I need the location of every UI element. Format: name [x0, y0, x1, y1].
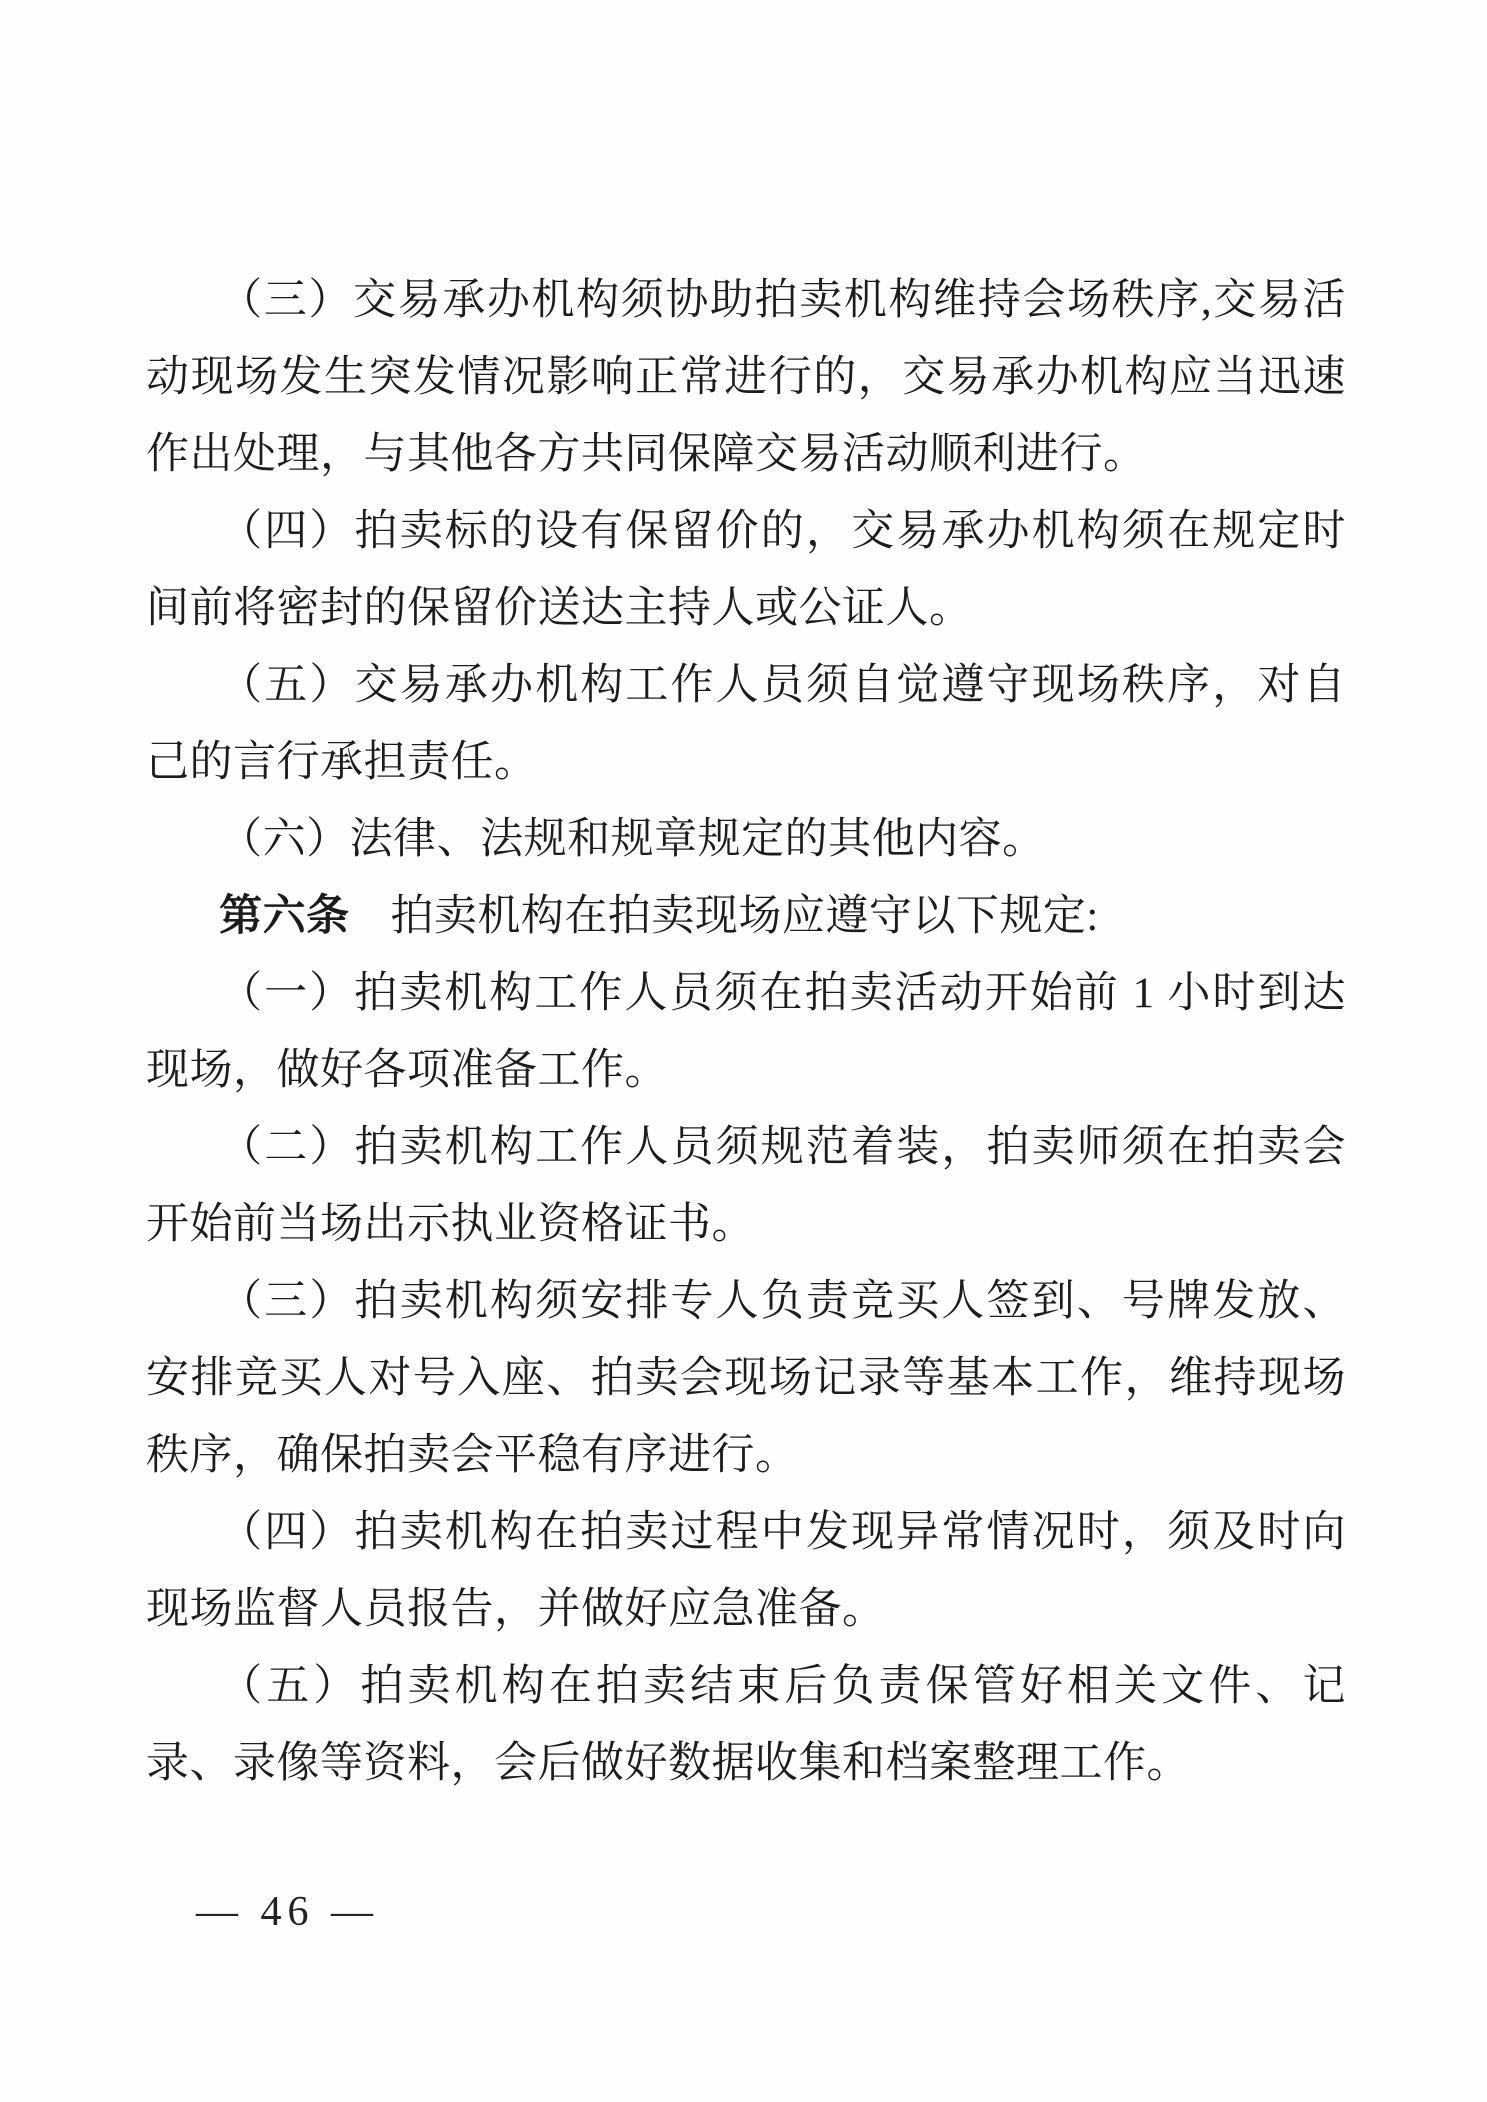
- document-paragraph: （五）拍卖机构在拍卖结束后负责保管好相关文件、记录、录像等资料，会后做好数据收集…: [146, 1648, 1346, 1802]
- page-number: — 46 —: [196, 1888, 379, 1936]
- document-paragraph: （六）法律、法规和规章规定的其他内容。: [146, 801, 1346, 878]
- document-text-block: （三）交易承办机构须协助拍卖机构维持会场秩序,交易活动现场发生突发情况影响正常进…: [146, 262, 1346, 1802]
- document-paragraph: （四）拍卖标的设有保留价的，交易承办机构须在规定时间前将密封的保留价送达主持人或…: [146, 493, 1346, 647]
- scanned-document-page: （三）交易承办机构须协助拍卖机构维持会场秩序,交易活动现场发生突发情况影响正常进…: [0, 0, 1487, 2102]
- article-number-label: 第六条: [219, 892, 350, 940]
- document-paragraph: （五）交易承办机构工作人员须自觉遵守现场秩序，对自己的言行承担责任。: [146, 647, 1346, 801]
- document-paragraph: （三）交易承办机构须协助拍卖机构维持会场秩序,交易活动现场发生突发情况影响正常进…: [146, 262, 1346, 493]
- article-heading-paragraph: 第六条拍卖机构在拍卖现场应遵守以下规定:: [146, 878, 1346, 955]
- document-paragraph: （三）拍卖机构须安排专人负责竞买人签到、号牌发放、安排竞买人对号入座、拍卖会现场…: [146, 1263, 1346, 1494]
- document-paragraph: （二）拍卖机构工作人员须规范着装，拍卖师须在拍卖会开始前当场出示执业资格证书。: [146, 1109, 1346, 1263]
- document-paragraph: （一）拍卖机构工作人员须在拍卖活动开始前 1 小时到达现场，做好各项准备工作。: [146, 955, 1346, 1109]
- article-heading-text: 拍卖机构在拍卖现场应遵守以下规定:: [390, 893, 1098, 940]
- document-paragraph: （四）拍卖机构在拍卖过程中发现异常情况时，须及时向现场监督人员报告，并做好应急准…: [146, 1494, 1346, 1648]
